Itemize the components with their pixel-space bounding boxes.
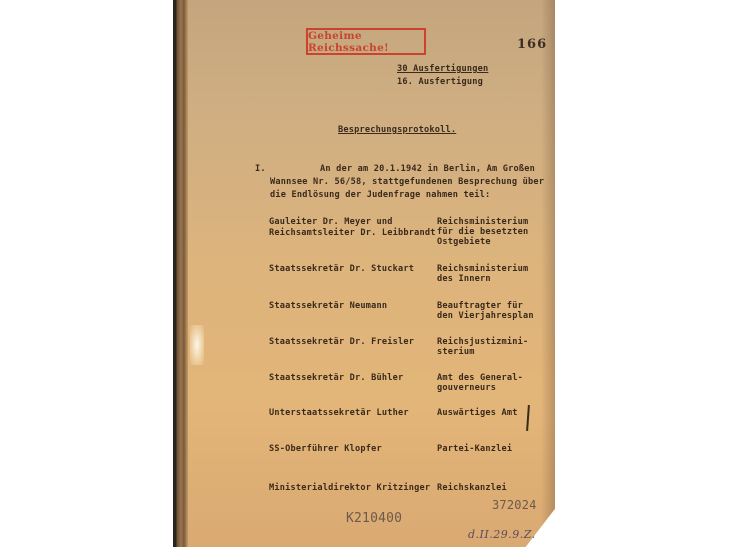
binder-spine [173, 0, 189, 547]
participant-name: Staatssekretär Dr. Stuckart [269, 264, 414, 275]
archive-number-center: K210400 [346, 513, 402, 524]
participant-office: den Vierjahresplan [437, 311, 534, 322]
copy-number: 16. Ausfertigung [397, 77, 483, 88]
participant-name: Gauleiter Dr. Meyer und [269, 217, 393, 228]
participant-name: Staatssekretär Dr. Bühler [269, 373, 403, 384]
participant-office: Partei-Kanzlei [437, 444, 512, 455]
participant-office: gouverneurs [437, 383, 496, 394]
light-glare [190, 325, 204, 365]
participant-name: Ministerialdirektor Kritzinger [269, 483, 430, 494]
classification-stamp: Geheime Reichssache! [306, 28, 426, 55]
document-title: Besprechungsprotokoll. [338, 125, 456, 136]
archive-number-right: 372024 [492, 500, 537, 511]
intro-line-1: An der am 20.1.1942 in Berlin, Am Großen [320, 164, 535, 175]
section-number: I. [255, 164, 266, 175]
participant-name: Staatssekretär Neumann [269, 301, 387, 312]
participant-office: sterium [437, 347, 475, 358]
copies-total: 30 Ausfertigungen [397, 64, 488, 75]
document-viewer: Geheime Reichssache! 166 30 Ausfertigung… [0, 0, 730, 547]
participant-office: des Innern [437, 274, 491, 285]
stamp-text: Geheime Reichssache! [308, 30, 424, 54]
participant-office: Auswärtiges Amt [437, 408, 518, 419]
participant-name: Unterstaatssekretär Luther [269, 408, 409, 419]
participant-office: Ostgebiete [437, 237, 491, 248]
intro-line-3: die Endlösung der Judenfrage nahmen teil… [270, 190, 490, 201]
page-number: 166 [517, 37, 547, 52]
intro-line-2: Wannsee Nr. 56/58, stattgefundenen Bespr… [270, 177, 544, 188]
participant-name: Reichsamtsleiter Dr. Leibbrandt [269, 228, 436, 239]
participant-name: Staatssekretär Dr. Freisler [269, 337, 414, 348]
participant-office: Reichskanzlei [437, 483, 507, 494]
participant-name: SS-Oberführer Klopfer [269, 444, 382, 455]
handwritten-note: d.II.29.9.Z. [468, 528, 536, 541]
